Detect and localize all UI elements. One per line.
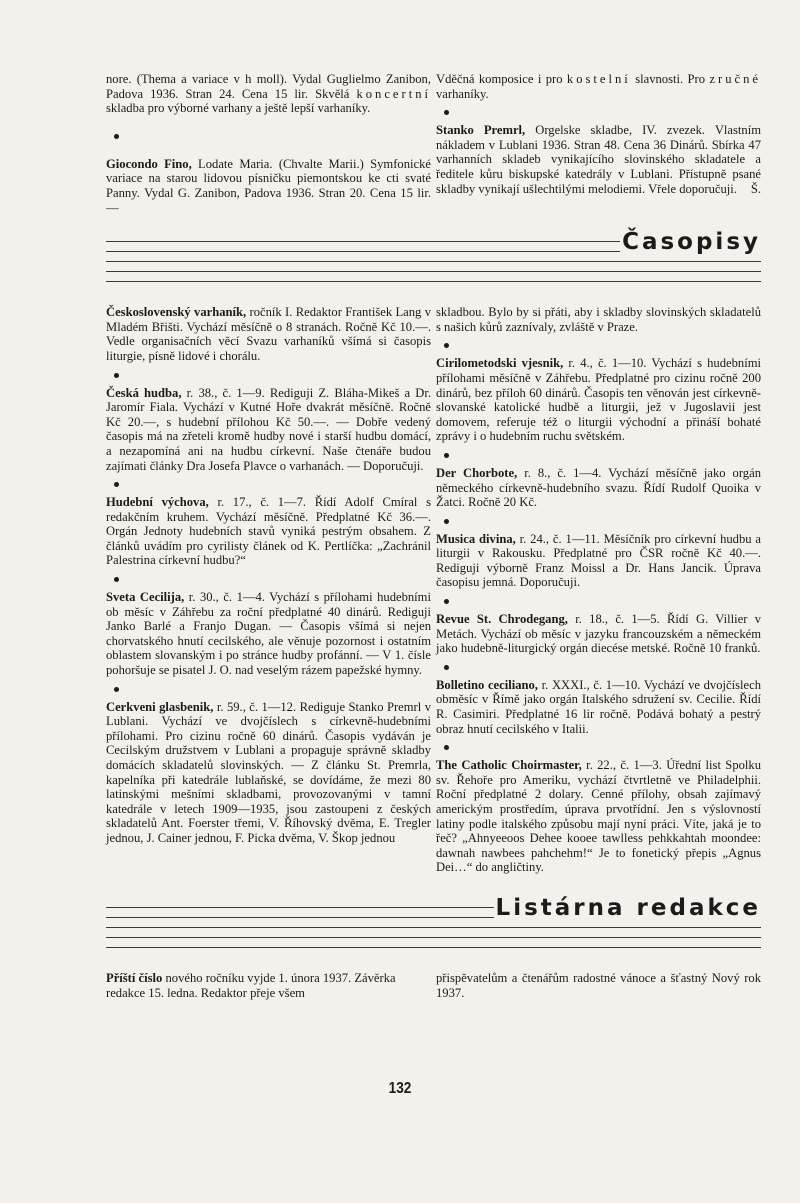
bullet-icon — [114, 373, 119, 378]
review-entry: Giocondo Fino, Lodate Maria. (Chvalte Ma… — [106, 157, 431, 215]
review-entry: Stanko Premrl, Orgelske skladbe, IV. zve… — [436, 123, 761, 196]
journal-entry: Revue St. Chrodegang, r. 18., č. 1—5. Ří… — [436, 612, 761, 656]
bullet-icon — [444, 343, 449, 348]
journal-entry: Cirilometodski vjesnik, r. 4., č. 1—10. … — [436, 356, 761, 444]
section-header-listarna: Listárna redakce — [106, 895, 761, 953]
review-continuation: nore. (Thema a variace v h moll). Vydal … — [106, 72, 431, 116]
page-number: 132 — [60, 1080, 740, 1098]
bullet-icon — [444, 453, 449, 458]
casopisy-right-column: skladbou. Bylo by si přáti, aby i skladb… — [436, 305, 761, 875]
journal-entry: Musica divina, r. 24., č. 1—11. Měsíčník… — [436, 532, 761, 590]
journal-entry: Cerkveni glasbenik, r. 59., č. 1—12. Red… — [106, 700, 431, 846]
journal-entry: Der Chorbote, r. 8., č. 1—4. Vychází měs… — [436, 466, 761, 510]
journal-entry: Česká hudba, r. 38., č. 1—9. Rediguji Z.… — [106, 386, 431, 474]
listarna-body: Příští číslo nového ročníku vyjde 1. úno… — [106, 971, 761, 1000]
reviews-right-column: Vděčná komposice i pro kostelní slavnost… — [436, 72, 761, 215]
review-continuation: Vděčná komposice i pro kostelní slavnost… — [436, 72, 761, 101]
reviews-top: nore. (Thema a variace v h moll). Vydal … — [106, 72, 761, 215]
entry-title: Stanko Premrl, — [436, 123, 525, 137]
author-signature: Š. — [751, 182, 761, 197]
section-title: Listárna redakce — [494, 895, 761, 921]
bullet-icon — [444, 599, 449, 604]
bullet-icon — [114, 687, 119, 692]
bullet-icon — [444, 110, 449, 115]
bullet-icon — [114, 482, 119, 487]
bullet-icon — [444, 665, 449, 670]
bullet-icon — [114, 577, 119, 582]
journal-entry: Československý varhaník, ročník I. Redak… — [106, 305, 431, 363]
section-title: Časopisy — [620, 229, 761, 255]
bullet-icon — [444, 745, 449, 750]
reviews-left-column: nore. (Thema a variace v h moll). Vydal … — [106, 72, 431, 215]
journal-entry-continuation: skladbou. Bylo by si přáti, aby i skladb… — [436, 305, 761, 334]
section-header-casopisy: Časopisy — [106, 229, 761, 287]
journal-entry: Sveta Cecilija, r. 30., č. 1—4. Vychází … — [106, 590, 431, 678]
editorial-note-left: Příští číslo nového ročníku vyjde 1. úno… — [106, 971, 431, 1000]
journal-entry: The Catholic Choirmaster, r. 22., č. 1—3… — [436, 758, 761, 875]
casopisy-left-column: Československý varhaník, ročník I. Redak… — [106, 305, 431, 875]
entry-title: Giocondo Fino, — [106, 157, 192, 171]
casopisy-body: Československý varhaník, ročník I. Redak… — [106, 305, 761, 875]
journal-entry: Hudební výchova, r. 17., č. 1—7. Řídí Ad… — [106, 495, 431, 568]
bullet-icon — [114, 134, 119, 139]
journal-page: nore. (Thema a variace v h moll). Vydal … — [106, 72, 761, 1000]
editorial-note-right: přispěvatelům a čtenářům radostné vánoce… — [436, 971, 761, 1000]
bullet-icon — [444, 519, 449, 524]
journal-entry: Bolletino ceciliano, r. XXXI., č. 1—10. … — [436, 678, 761, 736]
